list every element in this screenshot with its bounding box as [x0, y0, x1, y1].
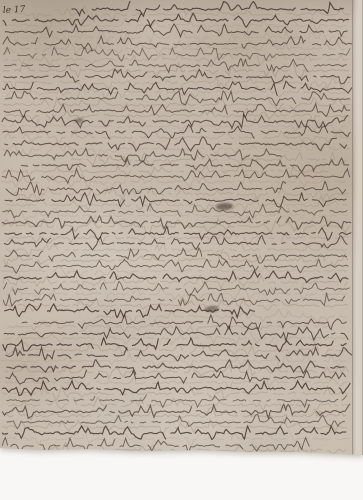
date-heading-text: le 17: [3, 5, 26, 16]
paper-shadow-wrap: le 17: [0, 0, 363, 500]
scan-background-strip: [0, 456, 363, 500]
manuscript-paper: le 17: [0, 0, 363, 456]
scanned-letter-page: le 17: [0, 0, 363, 500]
handwriting-layer: le 17: [0, 0, 352, 456]
page-edge-strip: [352, 0, 363, 456]
